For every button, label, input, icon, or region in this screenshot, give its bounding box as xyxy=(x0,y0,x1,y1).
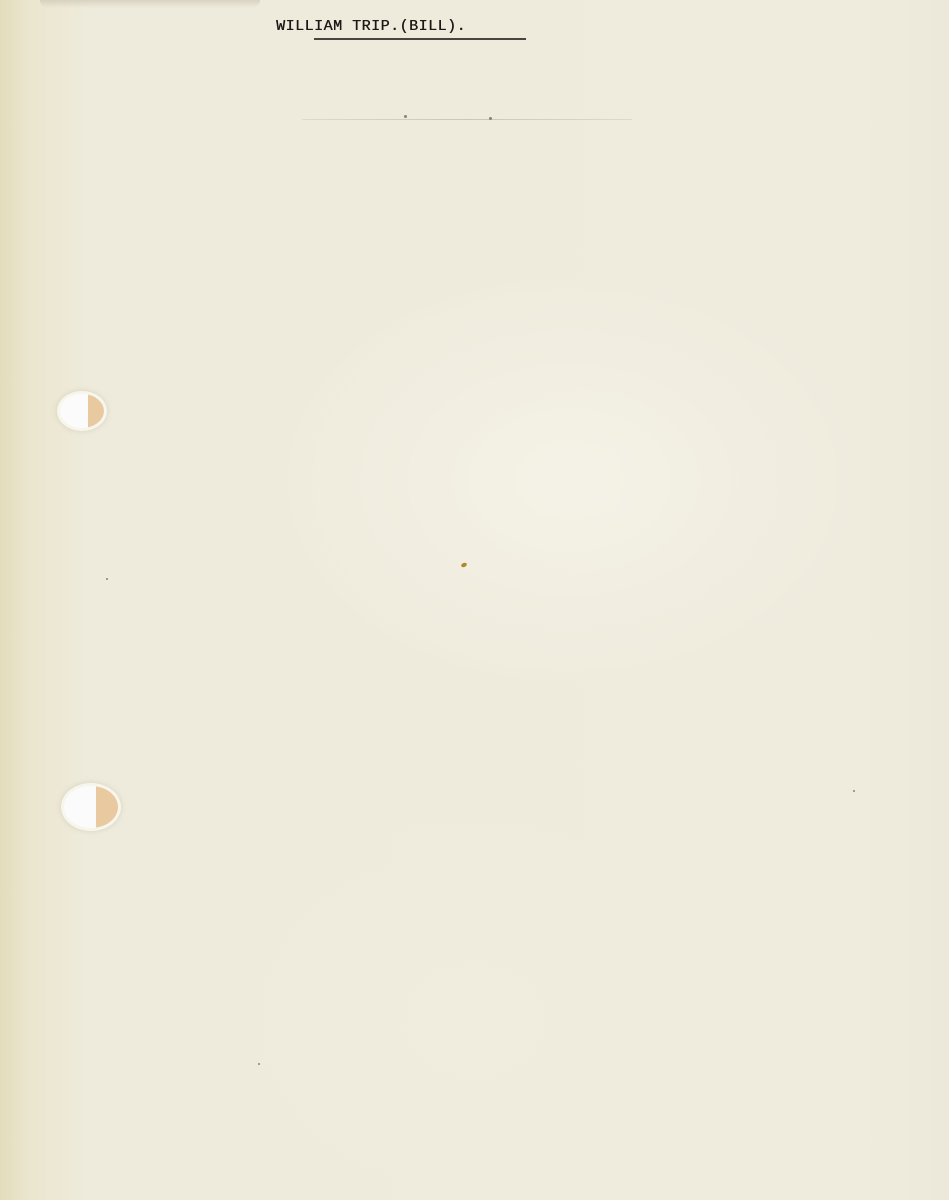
paper-speck xyxy=(106,578,108,580)
paper-speck xyxy=(258,1063,260,1065)
punch-hole-backing xyxy=(88,394,104,428)
scan-edge-shadow xyxy=(40,0,260,8)
punch-hole-backing xyxy=(96,786,118,828)
heading-text: WILLIAM TRIP.(BILL). xyxy=(276,18,466,35)
faint-rule-line xyxy=(302,119,632,120)
document-heading: WILLIAM TRIP.(BILL). xyxy=(276,18,466,35)
punch-hole-top xyxy=(60,394,104,428)
ink-speck xyxy=(404,115,407,118)
punch-hole-bottom xyxy=(64,786,118,828)
ink-speck xyxy=(489,117,492,120)
paper-speck xyxy=(853,790,855,792)
paper-stain xyxy=(460,562,467,568)
heading-underline xyxy=(314,38,526,40)
scanned-document-page: WILLIAM TRIP.(BILL). xyxy=(0,0,949,1200)
